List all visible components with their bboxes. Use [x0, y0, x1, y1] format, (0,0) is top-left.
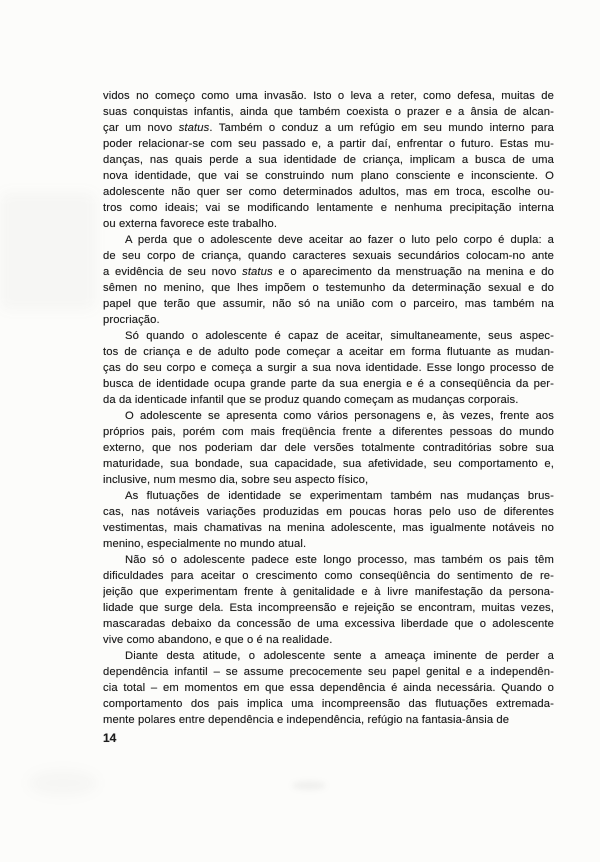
text-line: nova identidade, que vai se construindo …	[103, 168, 554, 184]
text-line: A perda que o adolescente deve aceitar a…	[103, 232, 554, 248]
scan-artifact	[292, 781, 326, 790]
paragraph: O adolescente se apresenta como vários p…	[103, 408, 554, 488]
text-line: tos de criança e de adulto pode começar …	[103, 344, 554, 360]
text-line: lidade que surge dela. Esta incompreensã…	[103, 600, 554, 616]
text-line: mascaradas debaixo da concessão de uma e…	[103, 616, 554, 632]
text-line: tros como ideais; vai se modificando len…	[103, 200, 554, 216]
text-line: suas conquistas infantis, ainda que tamb…	[103, 104, 554, 120]
text-line: de seu corpo de criança, quando caracter…	[103, 248, 554, 264]
text-line: ou externa favorece este trabalho.	[103, 216, 554, 232]
text-line: danças, nas quais perde a sua identidade…	[103, 152, 554, 168]
text-line: externo, que nos poderiam dar dele versõ…	[103, 440, 554, 456]
page-number: 14	[103, 730, 116, 746]
text-line: ças do seu corpo e começa a surgir a sua…	[103, 360, 554, 376]
text-line: mente polares entre dependência e indepe…	[103, 712, 554, 728]
text-line: adolescente não quer ser como determinad…	[103, 184, 554, 200]
text-line: da da identicade infantil que se produz …	[103, 392, 554, 408]
text-line: menino, especialmente no mundo atual.	[103, 536, 554, 552]
text-line: maturidade, sua bondade, sua capacidade,…	[103, 456, 554, 472]
text-line: O adolescente se apresenta como vários p…	[103, 408, 554, 424]
text-line: inclusive, num mesmo dia, sobre seu aspe…	[103, 472, 554, 488]
text-line: cia total – em momentos em que essa depe…	[103, 680, 554, 696]
book-page: vidos no começo como uma invasão. Isto o…	[0, 0, 600, 862]
text-line: jeição que experimentam frente à genital…	[103, 584, 554, 600]
text-line: vestimentas, mais chamativas na menina a…	[103, 520, 554, 536]
paragraph: vidos no começo como uma invasão. Isto o…	[103, 88, 554, 232]
text-line: As flutuações de identidade se experimen…	[103, 488, 554, 504]
text-line: a evidência de seu novo status e o apare…	[103, 264, 554, 280]
text-line: cas, nas notáveis variações produzidas e…	[103, 504, 554, 520]
text-line: poder relacionar-se com seu passado e, a…	[103, 136, 554, 152]
paragraph: As flutuações de identidade se experimen…	[103, 488, 554, 552]
paragraph: Só quando o adolescente é capaz de aceit…	[103, 328, 554, 408]
scan-artifact	[28, 770, 98, 796]
text-line: Só quando o adolescente é capaz de aceit…	[103, 328, 554, 344]
text-block: vidos no começo como uma invasão. Isto o…	[103, 88, 554, 728]
paragraph: Diante desta atitude, o adolescente sent…	[103, 648, 554, 728]
paragraph: Não só o adolescente padece este longo p…	[103, 552, 554, 648]
paragraph: A perda que o adolescente deve aceitar a…	[103, 232, 554, 328]
text-line: procriação.	[103, 312, 554, 328]
text-line: comportamento dos pais implica uma incom…	[103, 696, 554, 712]
text-line: próprios pais, porém com mais freqüência…	[103, 424, 554, 440]
text-line: dificuldades para aceitar o crescimento …	[103, 568, 554, 584]
text-line: papel que terão que assumir, não só na u…	[103, 296, 554, 312]
scan-artifact	[0, 192, 96, 310]
text-line: Diante desta atitude, o adolescente sent…	[103, 648, 554, 664]
text-line: vidos no começo como uma invasão. Isto o…	[103, 88, 554, 104]
text-line: dependência infantil – se assume precoce…	[103, 664, 554, 680]
text-line: çar um novo status. Também o conduz a um…	[103, 120, 554, 136]
text-line: Não só o adolescente padece este longo p…	[103, 552, 554, 568]
text-line: sêmen no menino, que lhes impõem o teste…	[103, 280, 554, 296]
text-line: vive como abandono, e que o é na realida…	[103, 632, 554, 648]
text-line: busca de identidade ocupa grande parte d…	[103, 376, 554, 392]
